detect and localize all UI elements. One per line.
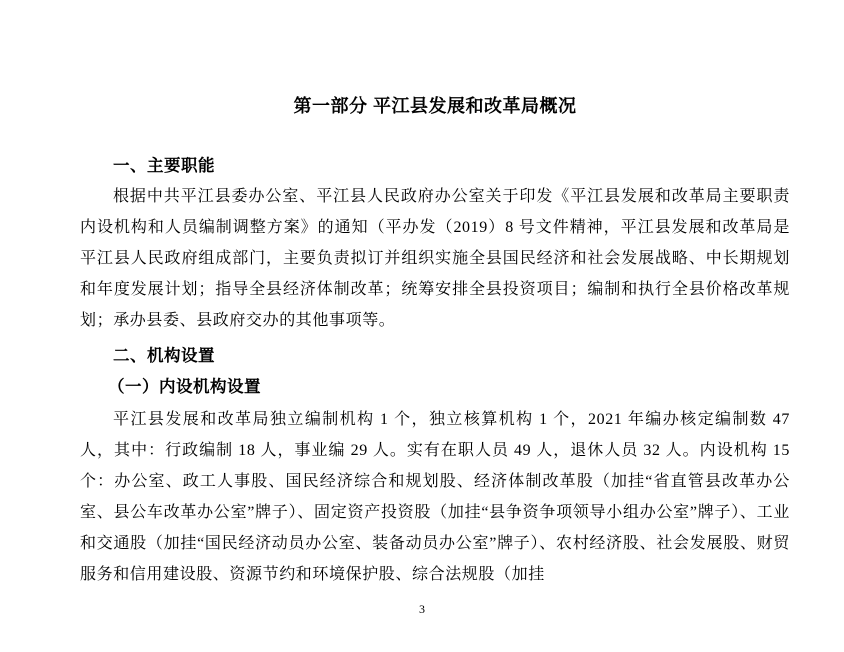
section-heading-organization: 二、机构设置 (80, 340, 790, 371)
paragraph-main-duties: 根据中共平江县委办公室、平江县人民政府办公室关于印发《平江县发展和改革局主要职责… (80, 181, 790, 336)
paragraph-internal-bodies: 平江县发展和改革局独立编制机构 1 个，独立核算机构 1 个，2021 年编办核… (80, 404, 790, 590)
section-heading-main-duties: 一、主要职能 (80, 150, 790, 181)
subsection-heading-internal-bodies: （一）内设机构设置 (80, 371, 790, 402)
page-title: 第一部分 平江县发展和改革局概况 (80, 96, 790, 116)
document-page: 第一部分 平江县发展和改革局概况 一、主要职能 根据中共平江县委办公室、平江县人… (0, 0, 844, 652)
page-number: 3 (0, 601, 844, 617)
